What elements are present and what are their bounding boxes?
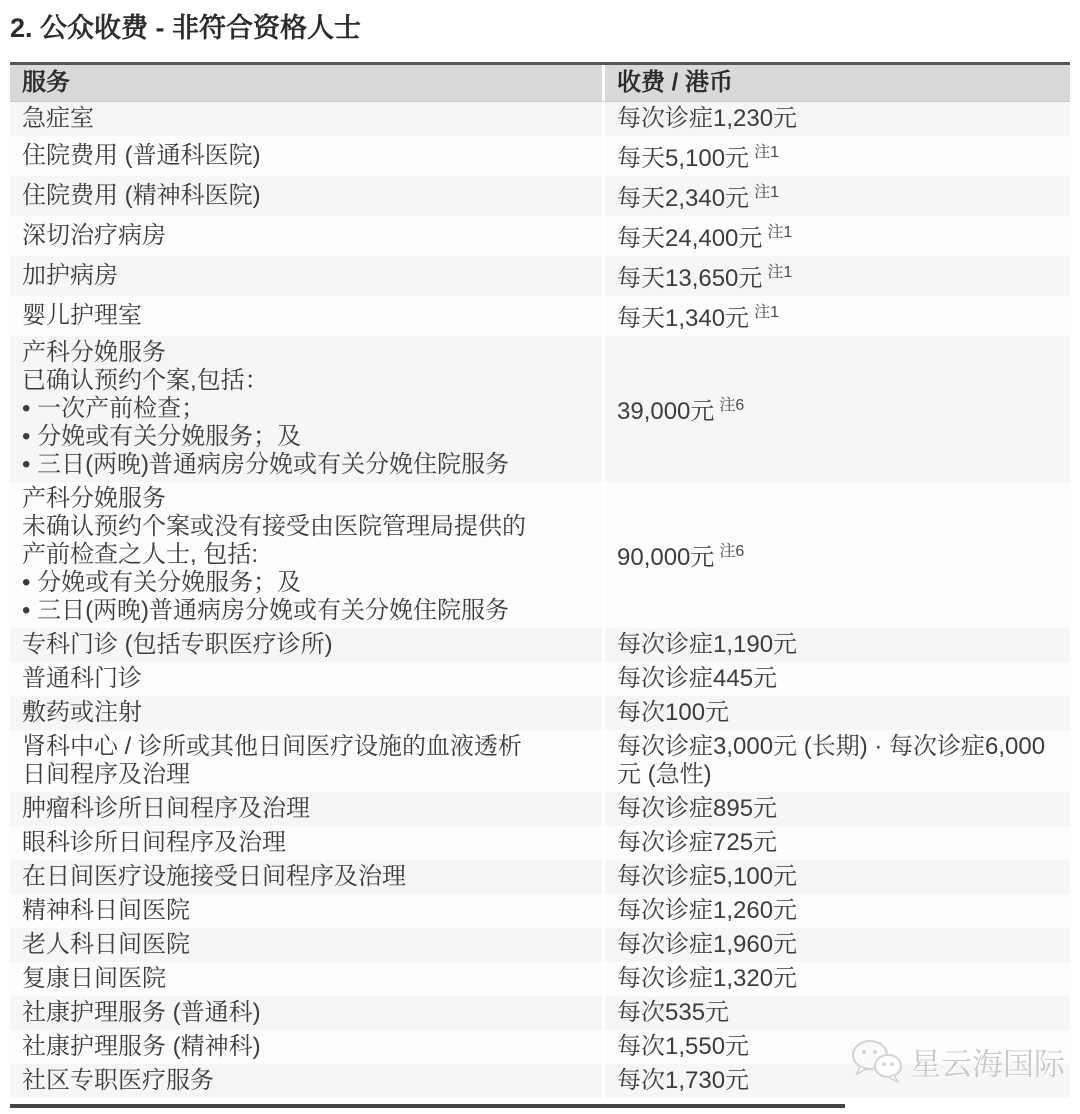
fee-cell: 每次1,730元 [605,1064,1070,1098]
table-bottom-border [10,1104,845,1108]
service-line: 社康护理服务 (精神科) [22,1033,594,1061]
service-cell: 复康日间医院 [10,962,605,996]
table-row: 在日间医疗设施接受日间程序及治理每次诊症5,100元 [10,860,1070,894]
fee-cell: 每次诊症1,320元 [605,962,1070,996]
fee-line: 90,000元注6 [617,538,1062,572]
service-cell: 社康护理服务 (精神科) [10,1030,605,1064]
header-fee: 收费 / 港币 [605,65,1070,102]
page-title: 2. 公众收费 - 非符合资格人士 [10,6,361,45]
service-cell: 肾科中心 / 诊所或其他日间医疗设施的血液透析日间程序及治理 [10,730,605,792]
service-line: 敷药或注射 [22,699,594,727]
fee-note: 注1 [767,264,792,281]
service-cell: 老人科日间医院 [10,928,605,962]
table-row: 社康护理服务 (精神科)每次1,550元 [10,1030,1070,1064]
header-row: 服务 收费 / 港币 [10,65,1070,102]
table-row: 产科分娩服务未确认预约个案或没有接受由医院管理局提供的产前检查之人士, 包括:•… [10,482,1070,628]
table-row: 社区专职医疗服务每次1,730元 [10,1064,1070,1098]
fee-line: 39,000元注6 [617,392,1062,426]
service-line: 住院费用 (普通科医院) [22,142,594,170]
fee-cell: 每天5,100元注1 [605,136,1070,176]
service-line: 社康护理服务 (普通科) [22,999,594,1027]
fee-line: 每天24,400元注1 [617,219,1062,253]
fee-cell: 每次诊症1,230元 [605,102,1070,136]
table-row: 住院费用 (普通科医院)每天5,100元注1 [10,136,1070,176]
service-line: 日间程序及治理 [22,761,594,789]
table-row: 深切治疗病房每天24,400元注1 [10,216,1070,256]
service-cell: 产科分娩服务已确认预约个案,包括：• 一次产前检查；• 分娩或有关分娩服务；及•… [10,336,605,482]
service-cell: 在日间医疗设施接受日间程序及治理 [10,860,605,894]
service-cell: 住院费用 (精神科医院) [10,176,605,216]
fee-line: 每次诊症5,100元 [617,863,1062,891]
fee-note: 注1 [767,224,792,241]
service-cell: 普通科门诊 [10,662,605,696]
table-row: 社康护理服务 (普通科)每次535元 [10,996,1070,1030]
service-line: 产科分娩服务 [22,339,594,367]
fee-line: 每次1,550元 [617,1033,1062,1061]
fee-note: 注6 [719,543,744,560]
fee-cell: 每天1,340元注1 [605,296,1070,336]
service-cell: 眼科诊所日间程序及治理 [10,826,605,860]
service-line: • 分娩或有关分娩服务；及 [22,569,594,597]
fee-line: 每次诊症1,230元 [617,105,1062,133]
fee-line: 每天1,340元注1 [617,299,1062,333]
table-row: 复康日间医院每次诊症1,320元 [10,962,1070,996]
service-cell: 社康护理服务 (普通科) [10,996,605,1030]
service-line: 产科分娩服务 [22,485,594,513]
table-row: 急症室每次诊症1,230元 [10,102,1070,136]
service-line: 在日间医疗设施接受日间程序及治理 [22,863,594,891]
service-cell: 急症室 [10,102,605,136]
fee-cell: 每次诊症1,260元 [605,894,1070,928]
table-row: 老人科日间医院每次诊症1,960元 [10,928,1070,962]
table-row: 精神科日间医院每次诊症1,260元 [10,894,1070,928]
table-row: 婴儿护理室每天1,340元注1 [10,296,1070,336]
fee-line: 每次诊症1,320元 [617,965,1062,993]
service-line: 眼科诊所日间程序及治理 [22,829,594,857]
service-line: 肾科中心 / 诊所或其他日间医疗设施的血液透析 [22,733,594,761]
fee-cell: 每次诊症5,100元 [605,860,1070,894]
fee-cell: 每次诊症1,190元 [605,628,1070,662]
service-line: 住院费用 (精神科医院) [22,182,594,210]
service-line: 精神科日间医院 [22,897,594,925]
fee-cell: 90,000元注6 [605,482,1070,628]
service-cell: 敷药或注射 [10,696,605,730]
service-line: 未确认预约个案或没有接受由医院管理局提供的 [22,513,594,541]
fee-line: 每次诊症3,000元 (长期) · 每次诊症6,000 [617,733,1062,761]
fee-cell: 每次1,550元 [605,1030,1070,1064]
fee-line: 每次535元 [617,999,1062,1027]
fee-line: 每天5,100元注1 [617,139,1062,173]
fee-table-body: 急症室每次诊症1,230元住院费用 (普通科医院)每天5,100元注1住院费用 … [10,102,1070,1098]
table-row: 敷药或注射每次100元 [10,696,1070,730]
service-line: • 三日(两晚)普通病房分娩或有关分娩住院服务 [22,597,594,625]
fee-line: 每次诊症895元 [617,795,1062,823]
fee-note: 注1 [754,184,779,201]
fee-note: 注6 [719,397,744,414]
fee-line: 元 (急性) [617,761,1062,789]
service-line: 产前检查之人士, 包括: [22,541,594,569]
service-line: • 分娩或有关分娩服务；及 [22,423,594,451]
table-row: 产科分娩服务已确认预约个案,包括：• 一次产前检查；• 分娩或有关分娩服务；及•… [10,336,1070,482]
service-line: 深切治疗病房 [22,222,594,250]
fee-cell: 每次诊症445元 [605,662,1070,696]
table-row: 普通科门诊每次诊症445元 [10,662,1070,696]
service-line: • 一次产前检查； [22,395,594,423]
fee-line: 每次诊症1,960元 [617,931,1062,959]
fee-cell: 每次535元 [605,996,1070,1030]
service-line: 婴儿护理室 [22,302,594,330]
fee-line: 每次诊症1,260元 [617,897,1062,925]
service-line: 普通科门诊 [22,665,594,693]
header-service: 服务 [10,65,605,102]
fee-table-header: 服务 收费 / 港币 [10,65,1070,102]
service-line: 老人科日间医院 [22,931,594,959]
fee-cell: 每天2,340元注1 [605,176,1070,216]
service-cell: 婴儿护理室 [10,296,605,336]
service-cell: 肿瘤科诊所日间程序及治理 [10,792,605,826]
fee-cell: 每次诊症1,960元 [605,928,1070,962]
table-row: 住院费用 (精神科医院)每天2,340元注1 [10,176,1070,216]
table-row: 专科门诊 (包括专职医疗诊所)每次诊症1,190元 [10,628,1070,662]
fee-note: 注1 [754,144,779,161]
service-cell: 产科分娩服务未确认预约个案或没有接受由医院管理局提供的产前检查之人士, 包括:•… [10,482,605,628]
service-line: 社区专职医疗服务 [22,1067,594,1095]
fee-line: 每次100元 [617,699,1062,727]
fee-line: 每天13,650元注1 [617,259,1062,293]
fee-cell: 每次100元 [605,696,1070,730]
fee-note: 注1 [754,304,779,321]
fee-cell: 每天13,650元注1 [605,256,1070,296]
table-row: 加护病房每天13,650元注1 [10,256,1070,296]
service-line: • 三日(两晚)普通病房分娩或有关分娩住院服务 [22,451,594,479]
fee-line: 每次1,730元 [617,1067,1062,1095]
service-cell: 深切治疗病房 [10,216,605,256]
fee-cell: 每次诊症895元 [605,792,1070,826]
service-cell: 住院费用 (普通科医院) [10,136,605,176]
page: 2. 公众收费 - 非符合资格人士 服务 收费 / 港币 急症室每次诊症1,23… [0,0,1080,1114]
fee-cell: 每次诊症725元 [605,826,1070,860]
service-line: 复康日间医院 [22,965,594,993]
service-cell: 精神科日间医院 [10,894,605,928]
table-row: 肾科中心 / 诊所或其他日间医疗设施的血液透析日间程序及治理每次诊症3,000元… [10,730,1070,792]
fee-cell: 每天24,400元注1 [605,216,1070,256]
fee-line: 每次诊症445元 [617,665,1062,693]
table-row: 眼科诊所日间程序及治理每次诊症725元 [10,826,1070,860]
table-row: 肿瘤科诊所日间程序及治理每次诊症895元 [10,792,1070,826]
service-line: 已确认预约个案,包括： [22,367,594,395]
fee-cell: 39,000元注6 [605,336,1070,482]
fee-table: 服务 收费 / 港币 急症室每次诊症1,230元住院费用 (普通科医院)每天5,… [10,62,1070,1098]
service-cell: 加护病房 [10,256,605,296]
service-line: 急症室 [22,105,594,133]
service-line: 肿瘤科诊所日间程序及治理 [22,795,594,823]
service-cell: 专科门诊 (包括专职医疗诊所) [10,628,605,662]
fee-line: 每天2,340元注1 [617,179,1062,213]
fee-line: 每次诊症1,190元 [617,631,1062,659]
service-line: 加护病房 [22,262,594,290]
service-line: 专科门诊 (包括专职医疗诊所) [22,631,594,659]
fee-cell: 每次诊症3,000元 (长期) · 每次诊症6,000元 (急性) [605,730,1070,792]
service-cell: 社区专职医疗服务 [10,1064,605,1098]
fee-line: 每次诊症725元 [617,829,1062,857]
